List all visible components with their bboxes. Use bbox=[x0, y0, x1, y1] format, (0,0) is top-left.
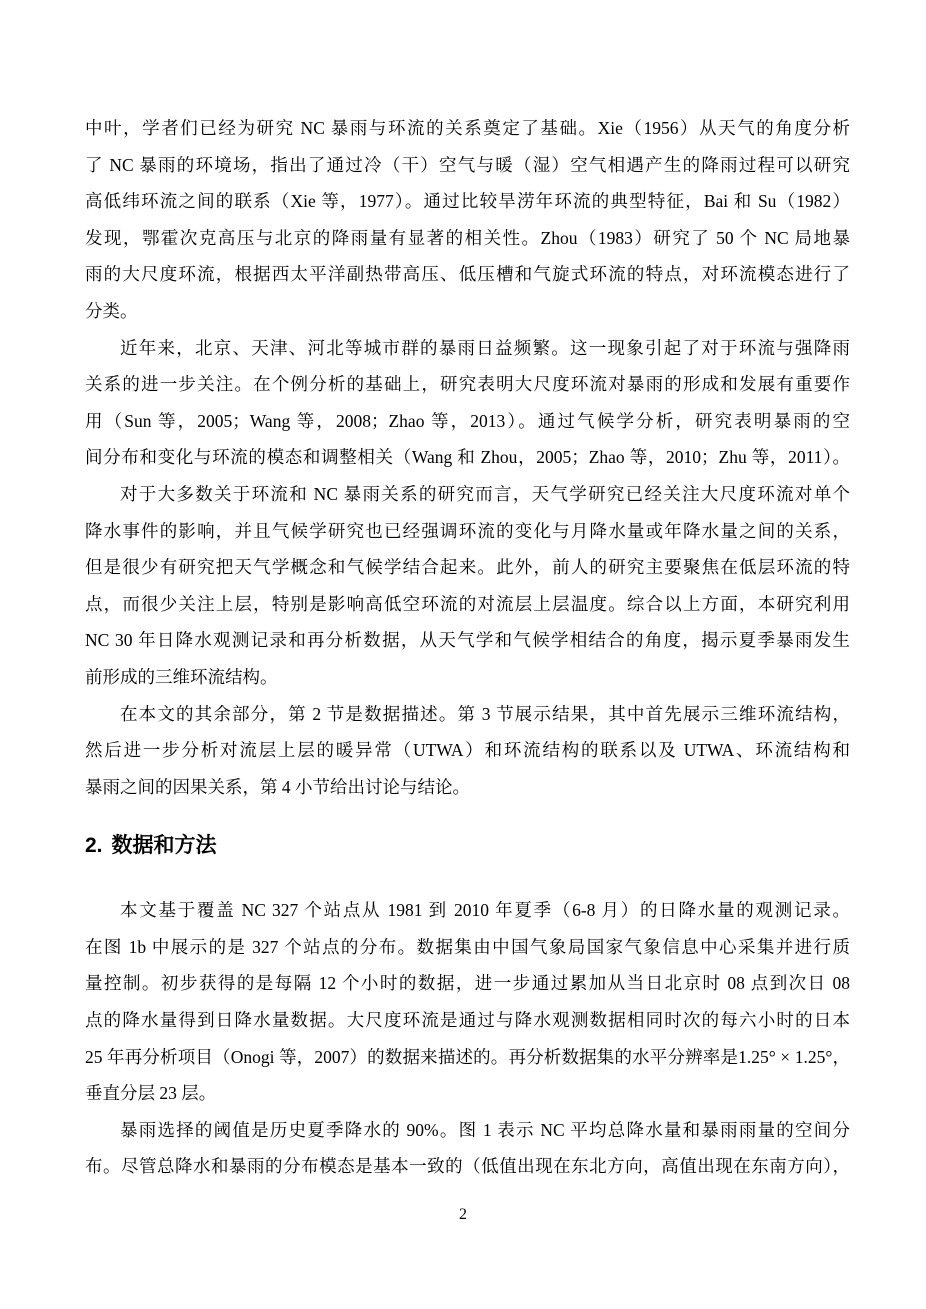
section-title: 数据和方法 bbox=[112, 834, 217, 857]
paragraph-recent-trends: 近年来，北京、天津、河北等城市群的暴雨日益频繁。这一现象引起了对于环流与强降雨 … bbox=[85, 330, 850, 476]
paragraph-intro-continuation: 中叶，学者们已经为研究 NC 暴雨与环流的关系奠定了基础。Xie（1956）从天… bbox=[85, 110, 850, 330]
text-line: 量控制。初步获得的是每隔 12 个小时的数据，进一步通过累加从当日北京时 08 … bbox=[85, 965, 850, 1002]
text-line: 对于大多数关于环流和 NC 暴雨关系的研究而言，天气学研究已经关注大尺度环流对单… bbox=[85, 476, 850, 513]
paragraph-outline: 在本文的其余部分，第 2 节是数据描述。第 3 节展示结果，其中首先展示三维环流… bbox=[85, 696, 850, 806]
text-line: 中叶，学者们已经为研究 NC 暴雨与环流的关系奠定了基础。Xie（1956）从天… bbox=[85, 110, 850, 147]
text-line: 但是很少有研究把天气学概念和气候学结合起来。此外，前人的研究主要聚焦在低层环流的… bbox=[85, 549, 850, 586]
paragraph-research-gap: 对于大多数关于环流和 NC 暴雨关系的研究而言，天气学研究已经关注大尺度环流对单… bbox=[85, 476, 850, 696]
text-line: 近年来，北京、天津、河北等城市群的暴雨日益频繁。这一现象引起了对于环流与强降雨 bbox=[85, 330, 850, 367]
text-line: NC 30 年日降水观测记录和再分析数据，从天气学和气候学相结合的角度，揭示夏季… bbox=[85, 622, 850, 659]
text-line: 垂直分层 23 层。 bbox=[85, 1075, 850, 1112]
text-line: 了 NC 暴雨的环境场，指出了通过冷（干）空气与暖（湿）空气相遇产生的降雨过程可… bbox=[85, 147, 850, 184]
text-line: 前形成的三维环流结构。 bbox=[85, 659, 850, 696]
text-line: 高低纬环流之间的联系（Xie 等，1977）。通过比较旱涝年环流的典型特征，Ba… bbox=[85, 183, 850, 220]
text-line: 然后进一步分析对流层上层的暖异常（UTWA）和环流结构的联系以及 UTWA、环流… bbox=[85, 732, 850, 769]
text-line: 用（Sun 等，2005；Wang 等，2008；Zhao 等，2013）。通过… bbox=[85, 403, 850, 440]
text-line: 在本文的其余部分，第 2 节是数据描述。第 3 节展示结果，其中首先展示三维环流… bbox=[85, 696, 850, 733]
text-line: 25 年再分析项目（Onogi 等，2007）的数据来描述的。再分析数据集的水平… bbox=[85, 1039, 850, 1076]
text-line: 点的降水量得到日降水量数据。大尺度环流是通过与降水观测数据相同时次的每六小时的日… bbox=[85, 1002, 850, 1039]
section-number: 2. bbox=[85, 834, 103, 857]
text-line: 雨的大尺度环流，根据西太平洋副热带高压、低压槽和气旋式环流的特点，对环流模态进行… bbox=[85, 256, 850, 293]
page-body: 中叶，学者们已经为研究 NC 暴雨与环流的关系奠定了基础。Xie（1956）从天… bbox=[85, 110, 850, 1185]
text-line: 布。尽管总降水和暴雨的分布模态是基本一致的（低值出现在东北方向，高值出现在东南方… bbox=[85, 1148, 850, 1185]
document-page: 中叶，学者们已经为研究 NC 暴雨与环流的关系奠定了基础。Xie（1956）从天… bbox=[0, 0, 926, 1309]
paragraph-data-description: 本文基于覆盖 NC 327 个站点从 1981 到 2010 年夏季（6-8 月… bbox=[85, 892, 850, 1112]
text-line: 关系的进一步关注。在个例分析的基础上，研究表明大尺度环流对暴雨的形成和发展有重要… bbox=[85, 366, 850, 403]
text-line: 在图 1b 中展示的是 327 个站点的分布。数据集由中国气象局国家气象信息中心… bbox=[85, 929, 850, 966]
paragraph-rainstorm-threshold: 暴雨选择的阈值是历史夏季降水的 90%。图 1 表示 NC 平均总降水量和暴雨雨… bbox=[85, 1112, 850, 1185]
section-heading: 2.数据和方法 bbox=[85, 826, 850, 866]
page-number: 2 bbox=[459, 1206, 467, 1223]
text-line: 点，而很少关注上层，特别是影响高低空环流的对流层上层温度。综合以上方面，本研究利… bbox=[85, 586, 850, 623]
text-line: 间分布和变化与环流的模态和调整相关（Wang 和 Zhou，2005；Zhao … bbox=[85, 439, 850, 476]
text-line: 暴雨选择的阈值是历史夏季降水的 90%。图 1 表示 NC 平均总降水量和暴雨雨… bbox=[85, 1112, 850, 1149]
text-line: 分类。 bbox=[85, 293, 850, 330]
text-line: 暴雨之间的因果关系，第 4 小节给出讨论与结论。 bbox=[85, 769, 850, 806]
text-line: 降水事件的影响，并且气候学研究也已经强调环流的变化与月降水量或年降水量之间的关系… bbox=[85, 513, 850, 550]
text-line: 发现，鄂霍次克高压与北京的降雨量有显著的相关性。Zhou（1983）研究了 50… bbox=[85, 220, 850, 257]
page-footer: 2 bbox=[0, 1205, 926, 1225]
text-line: 本文基于覆盖 NC 327 个站点从 1981 到 2010 年夏季（6-8 月… bbox=[85, 892, 850, 929]
